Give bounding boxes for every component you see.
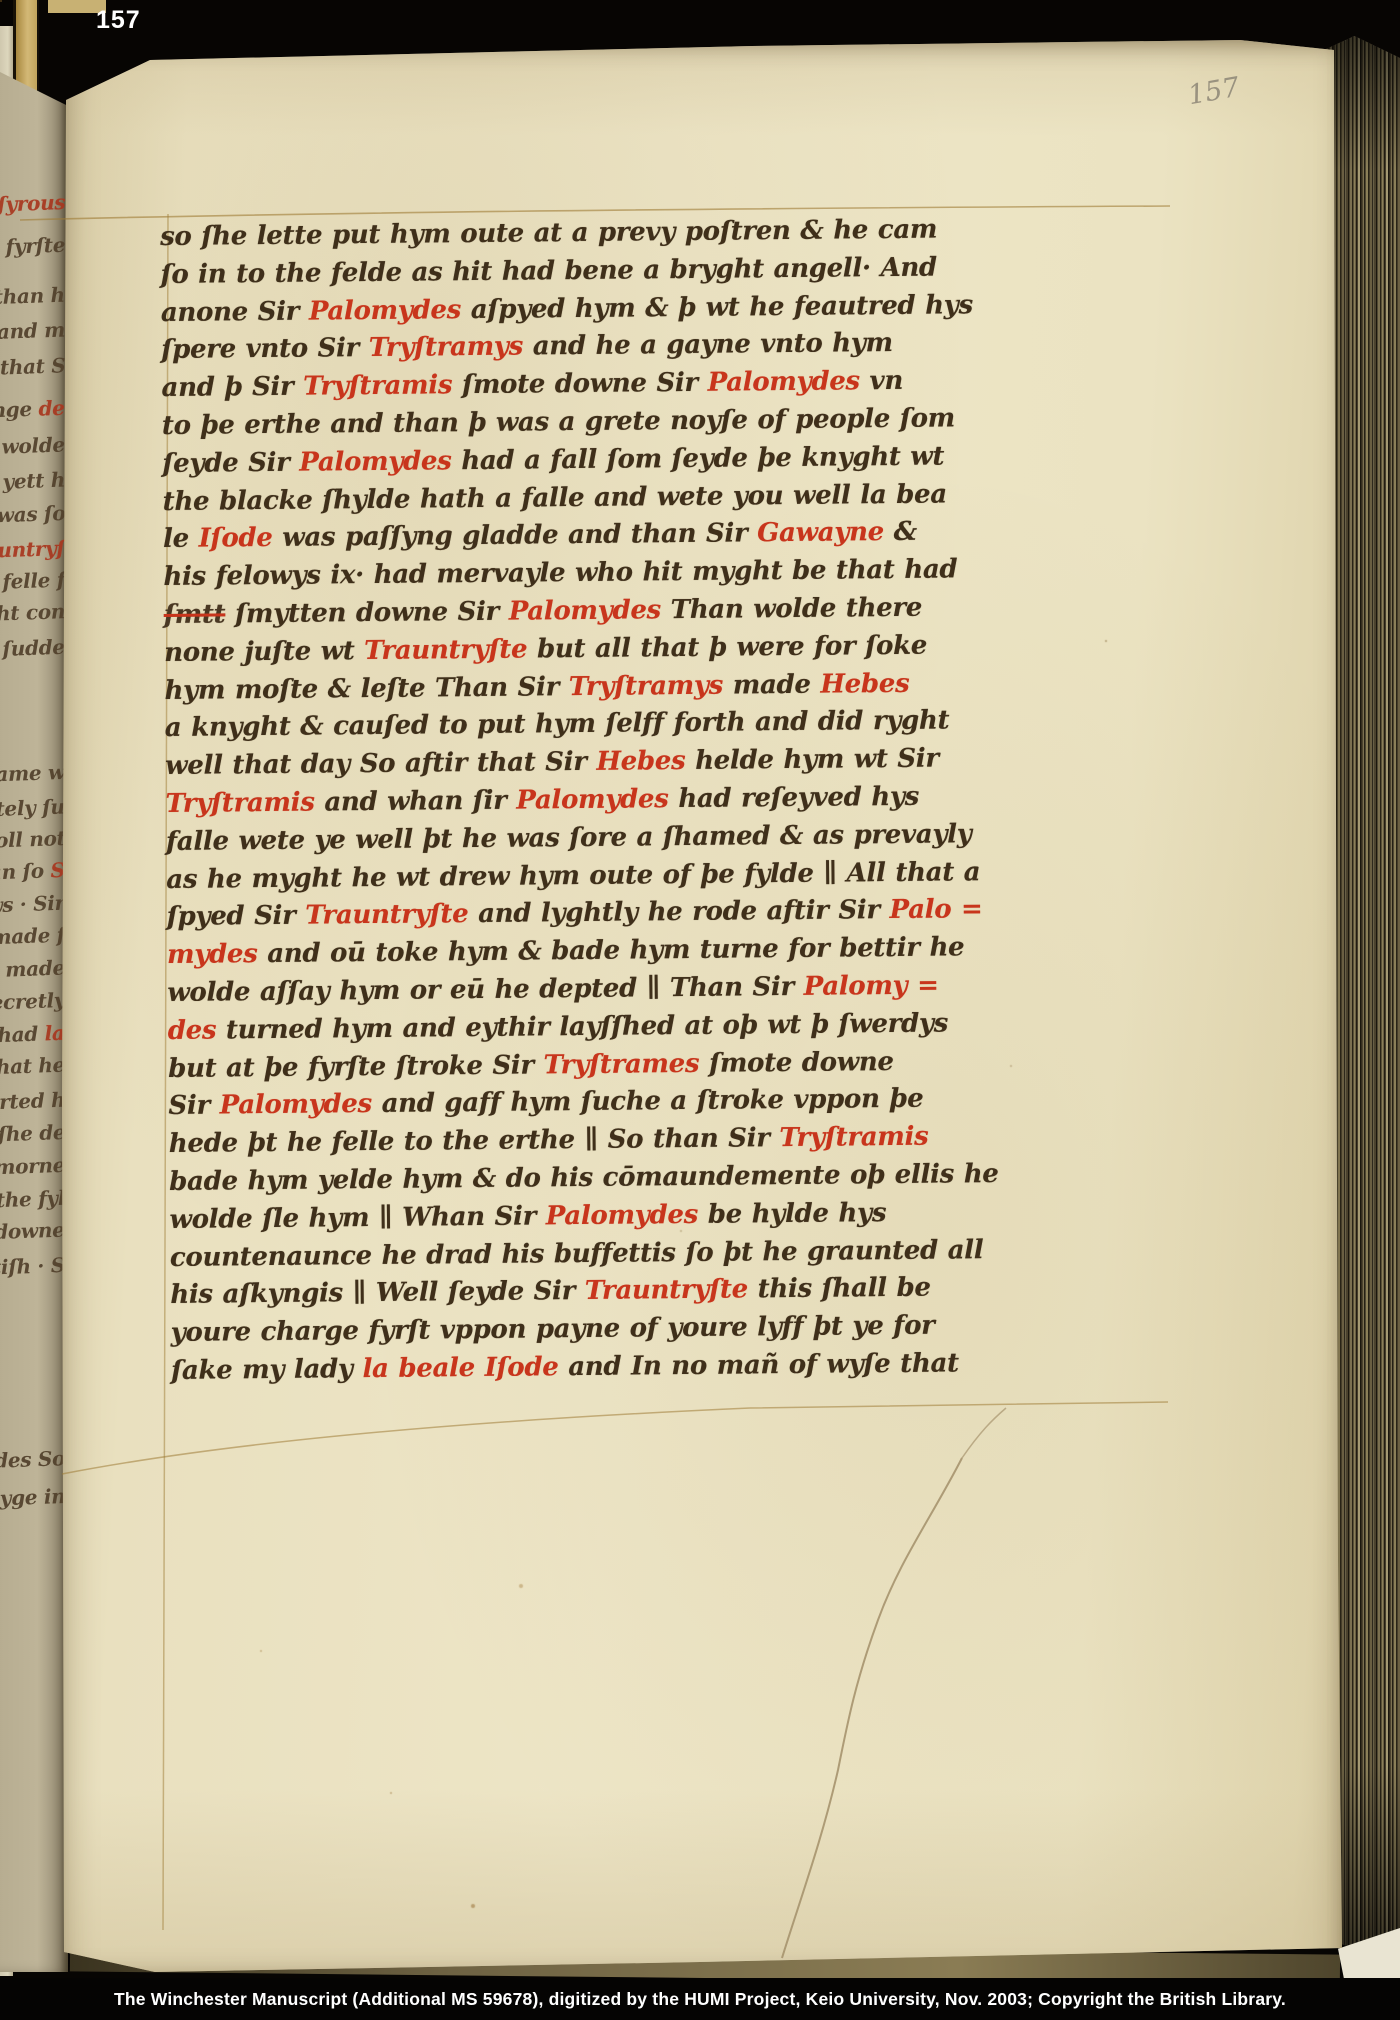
facing-page-text-fragment: on þ morne <box>0 1153 65 1181</box>
facing-page-text-fragment: why he wolde <box>0 432 65 461</box>
ink-text: may be made <box>0 955 65 984</box>
ink-text: ſmote downe <box>0 1218 65 1247</box>
facing-page-text-fragment: comforted h <box>0 1088 65 1117</box>
ink-text: wt all ſudde <box>0 635 65 663</box>
rubricated-text: Palomy = <box>804 970 939 1001</box>
ink-text: ſmytten downe Sir <box>225 597 509 630</box>
ink-text: that he <box>0 1053 65 1080</box>
facing-page-text-fragment: es woll not <box>0 826 65 854</box>
facing-page-text-fragment: So that S <box>0 353 65 380</box>
rubricated-text: Trauntryſte <box>585 1275 748 1307</box>
rubricated-text: Tryſtramys <box>369 332 524 363</box>
ink-text: his name w <box>0 760 65 788</box>
ink-text: and he a gayne vnto hym <box>523 328 893 362</box>
ink-text: t aſnyge in <box>0 1484 65 1512</box>
ink-text: & <box>884 517 917 547</box>
ink-text: So that S <box>0 353 65 380</box>
ink-text: ſpere vnto Sir <box>161 333 369 365</box>
rubricated-text: Palomydes <box>516 784 668 815</box>
caption-bar: The Winchester Manuscript (Additional MS… <box>0 1978 1400 2020</box>
rubricated-text: Palomydes <box>220 1089 372 1120</box>
rubricated-text: Palo = <box>889 894 982 925</box>
rubricated-text: Palomydes <box>546 1200 698 1231</box>
ink-text: helde hym wt Sir <box>685 744 939 776</box>
ink-text: theo þ fyrſte <box>0 233 65 262</box>
ink-text: had a fall ſom ſeyde þe knyght wt <box>451 441 944 476</box>
ink-text: on þ morne <box>0 1153 65 1181</box>
ink-text: and whan ſir <box>314 786 516 818</box>
ink-text: mydes So <box>0 1446 65 1474</box>
facing-page-text-fragment: ſode wyght con <box>0 599 65 629</box>
facing-page-text-fragment: his name w <box>0 760 65 788</box>
struck-text: ſmtt <box>164 599 226 630</box>
ink-text: an kynge <box>0 397 39 425</box>
rubricated-text: Palomydes <box>309 295 461 326</box>
ink-text: hym moſte & leſte Than Sir <box>164 672 569 706</box>
ink-text: comforted h <box>0 1088 65 1117</box>
ink-text: wolde ſle hym ∥ Whan Sir <box>169 1201 546 1235</box>
ink-text: but at þe fyrſte ſtroke Sir <box>168 1050 544 1084</box>
ink-text: and gaff hym ſuche a ſtroke vppon þe <box>372 1084 924 1119</box>
ink-text: Than had <box>0 1021 45 1049</box>
rubricated-text: Iſode <box>198 523 272 554</box>
foxing-specks <box>0 0 2 2</box>
ink-text: ſmote downe <box>699 1047 894 1079</box>
ink-text: to þe erthe and than þ was a grete noyſe… <box>162 403 955 441</box>
rubricated-text: Tryſtramis <box>303 370 452 401</box>
facing-page-text-fragment: wt all ſudde <box>0 635 65 663</box>
ink-text: and In no mañ of wyſe that <box>558 1348 959 1382</box>
ink-text: the blacke ſhylde hath a falle and wete … <box>163 479 947 517</box>
facing-page-text-fragment: e deſyrous <box>0 190 65 218</box>
rubricated-text: de <box>38 396 65 421</box>
ink-text: ∥ And than h <box>0 283 65 312</box>
facing-page-text-fragment: ſmote downe <box>0 1218 65 1247</box>
facing-page-text-fragment: t aſnyge in <box>0 1484 65 1512</box>
facing-page-text-fragment: e Than ſo S <box>0 858 65 886</box>
facing-page-text-fragment: mydes and m <box>0 317 65 346</box>
facing-page-text-fragment: ve þ was ſo <box>0 501 65 529</box>
ink-text: ſpyed Sir <box>167 901 306 932</box>
rubricated-text: Trauntryſte <box>305 899 468 931</box>
ink-text: ve þ was ſo <box>0 501 65 529</box>
ink-text: aſpyed hym & þ wt he feautred hys <box>461 290 973 325</box>
facing-page-gutter: e deſyroustheo þ fyrſte∥ And than hmydes… <box>0 66 68 1972</box>
ink-text: Scottiſh · S <box>0 1253 65 1281</box>
ink-text: in to the fyl <box>0 1186 65 1214</box>
ink-text: his aſkyngis ∥ Well ſeyde Sir <box>170 1276 585 1310</box>
facing-page-text-fragment: · Trauntryſ <box>0 536 65 564</box>
frame-page-number: 157 <box>96 6 141 35</box>
ink-text: and þ Sir <box>161 372 303 403</box>
ink-text: turned hym and eythir layſſhed at oþ wt … <box>216 1008 948 1045</box>
ink-text: to be made f <box>0 923 65 952</box>
ink-text: anone Sir <box>161 296 309 327</box>
ink-text: Than wolde there <box>661 593 922 626</box>
facing-page-text-fragment: ∥ And than h <box>0 283 65 312</box>
ink-text: was paſſyng gladde and than Sir <box>272 519 757 554</box>
ink-text: le <box>163 524 199 554</box>
ink-text: ſake my lady <box>171 1354 363 1386</box>
rubricated-text: des <box>168 1015 217 1045</box>
manuscript-line: ſake my lady la beale Iſode and In no ma… <box>171 1349 911 1394</box>
ink-text: Sir <box>168 1091 220 1121</box>
facing-page-text-fragment: and as yett h <box>0 468 65 497</box>
ink-text: ſo in to the felde as hit had bene a bry… <box>160 252 937 289</box>
ink-text: ſeyde Sir <box>162 447 299 478</box>
ink-text: he felle f <box>0 568 65 596</box>
ink-text: why he wolde <box>0 432 65 461</box>
ink-text: well ſhe de <box>0 1120 65 1148</box>
rubricated-text: Tryſtrames <box>543 1048 699 1079</box>
rubricated-text: e deſyrous <box>0 190 65 218</box>
ink-text: a knyght & cauſed to put hym ſelff forth… <box>165 706 950 744</box>
ink-text: e Than ſo <box>0 858 51 886</box>
ink-text: ne ſecretly <box>0 988 65 1016</box>
rubricated-text: Trauntryſte <box>364 634 527 666</box>
ink-text: this ſhall be <box>748 1273 931 1305</box>
facing-page-text-fragment: in to the fyl <box>0 1186 65 1214</box>
facing-page-text-fragment: ned he felle f <box>0 568 65 597</box>
ink-text: made <box>723 669 821 700</box>
ink-text: wyght con <box>0 599 65 627</box>
manuscript-photo: e deſyroustheo þ fyrſte∥ And than hmydes… <box>0 0 1400 2020</box>
rubricated-text: Palomydes <box>509 595 661 626</box>
rubricated-text: Palomydes <box>707 366 859 397</box>
facing-page-text-fragment: an kynge de <box>0 396 65 425</box>
ink-text: as he myght he wt drew hym oute of þe fy… <box>166 857 980 895</box>
facing-page-text-fragment: ryſte that he <box>0 1053 65 1082</box>
ink-text: falle wete ye well þt he was ſore a ſham… <box>166 819 972 857</box>
ink-text: and oū toke hym & bade hym turne for bet… <box>257 932 964 969</box>
rubricated-text: Tryſtramis <box>165 787 314 818</box>
ink-text: and m <box>0 317 65 344</box>
facing-page-text-fragment: Scottiſh · S <box>0 1253 65 1281</box>
facing-page-text-fragment: nd hertely ſu <box>0 795 65 824</box>
facing-page-text-fragment: ne ſecretly <box>0 988 65 1016</box>
ink-text: so ſhe lette put hym oute at a prevy poſ… <box>160 215 937 252</box>
ink-text: ontreys · Sir <box>0 891 65 920</box>
ink-text: none juſte wt <box>164 636 364 668</box>
rubricated-text: Tryſtramys <box>569 670 724 701</box>
ink-text: nd hertely ſu <box>0 795 65 824</box>
ink-text: his felowys ix· had mervayle who hit myg… <box>163 555 957 593</box>
ink-text: be hylde hys <box>698 1198 887 1230</box>
ink-text: well that day So aftir that Sir <box>165 747 596 781</box>
ink-text: and as yett h <box>0 468 65 497</box>
ink-text: and lyghtly he rode aftir Sir <box>468 895 890 929</box>
manuscript-text-block: so ſhe lette put hym oute at a prevy poſ… <box>160 215 911 1394</box>
rubricated-text: Trauntryſ <box>0 536 65 564</box>
facing-page-text-fragment: well ſhe de <box>0 1120 65 1148</box>
rubricated-text: Gawayne <box>757 517 884 548</box>
ink-text: youre charge fyrſt vppon payne of youre … <box>171 1311 935 1348</box>
rubricated-text: mydes <box>167 939 258 970</box>
facing-page-text-fragment: may be made <box>0 955 65 984</box>
facing-page-text-fragment: theo þ fyrſte <box>0 233 65 262</box>
ink-text: had reſeyved hys <box>668 782 919 814</box>
ink-text: ſmote downe Sir <box>452 368 708 400</box>
ink-text: countenaunce he drad his buffettis ſo þt… <box>170 1235 984 1273</box>
caption-text: The Winchester Manuscript (Additional MS… <box>114 1989 1286 2010</box>
facing-page-text-fragment: mydes So <box>0 1446 65 1474</box>
rubricated-text: Tryſtramis <box>779 1122 928 1153</box>
ink-text: but all that þ were for ſoke <box>527 630 927 664</box>
ink-text: wolde aſſay hym or eū he depted ∥ Than S… <box>167 972 804 1008</box>
facing-page-text-fragment: Than had la <box>0 1021 65 1050</box>
rubricated-text: Palomydes <box>299 446 451 477</box>
rubricated-text: Hebes <box>596 746 685 777</box>
rubricated-text: la beale Iſode <box>362 1352 558 1384</box>
rubricated-text: Hebes <box>820 668 909 699</box>
facing-page-text-fragment: to be made f <box>0 923 65 952</box>
facing-page-text-fragment: ontreys · Sir <box>0 891 65 920</box>
ink-text: woll not <box>0 826 65 853</box>
ink-text: hede þt he felle to the erthe ∥ So than … <box>169 1123 780 1159</box>
ink-text: vn <box>860 366 903 396</box>
